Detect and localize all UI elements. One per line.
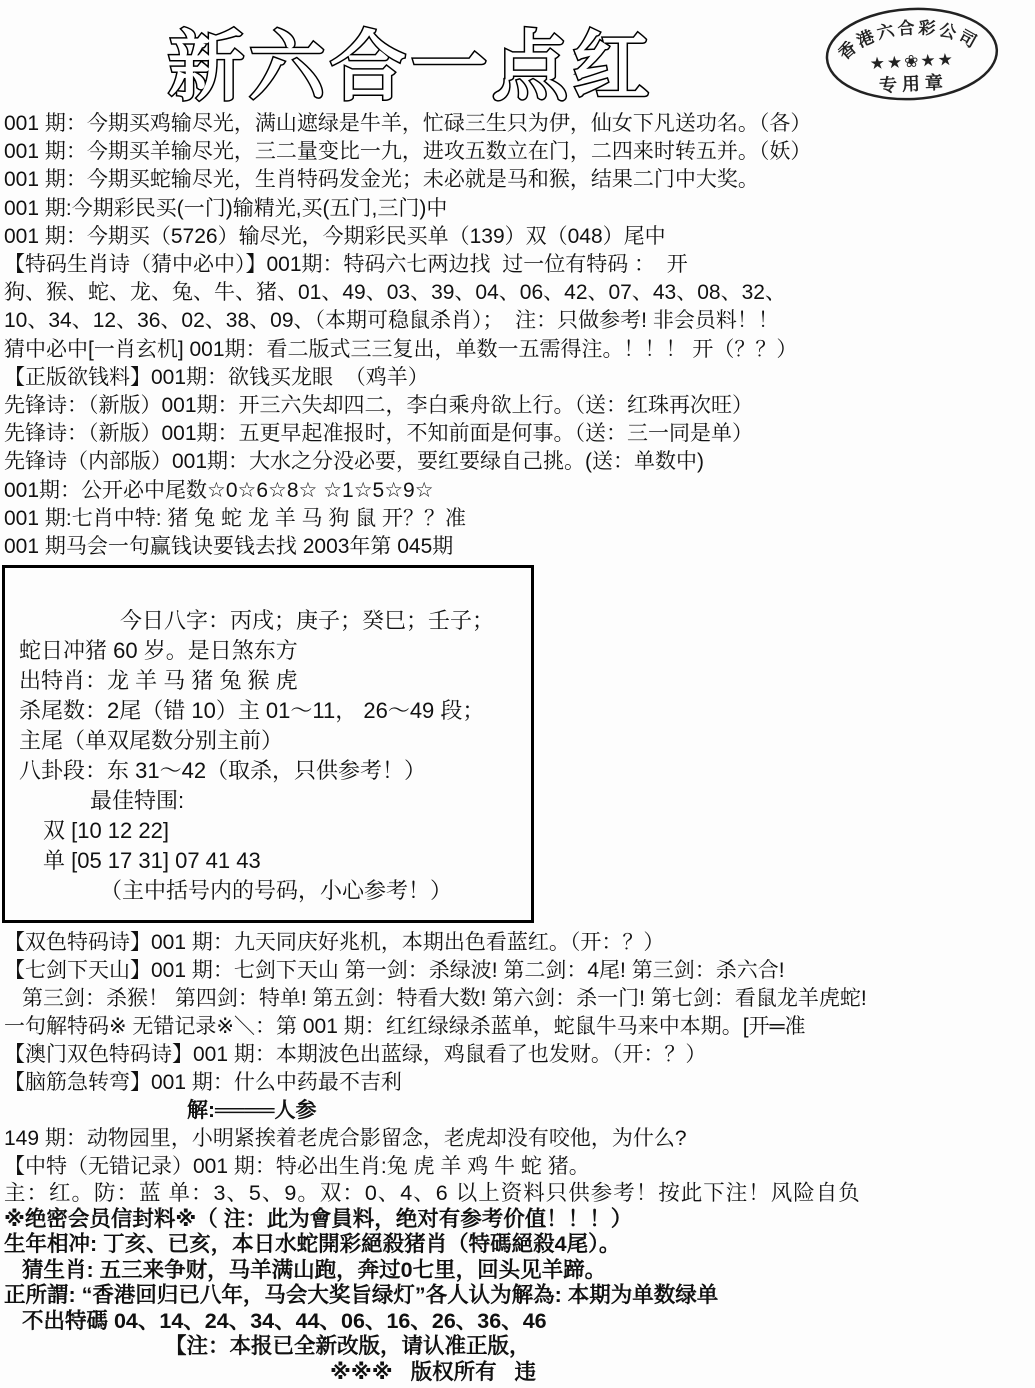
tip-line: 001 期：今期买（5726）输尽光，今期彩民买单（139）双（048）尾中 — [0, 223, 1035, 251]
zodiac-guess-line: 猜生肖: 五三来争财，马羊满山跑，奔过0七里，回头见羊蹄。 — [0, 1258, 1035, 1284]
tip-line: 10、34、12、36、02、38、09、（本期可稳鼠杀肖）； 注：只做参考! … — [0, 307, 1035, 335]
member-note: ※绝密会员信封料※（ 注：此为會員料，绝对有参考价值！！！） — [0, 1207, 1035, 1233]
box-line: 蛇日冲猪 60 岁。是日煞东方 — [5, 636, 531, 666]
box-line: 今日八字：丙戌；庚子；癸巳；壬子； — [5, 606, 531, 636]
bazi-box: 今日八字：丙戌；庚子；癸巳；壬子； 蛇日冲猪 60 岁。是日煞东方 出特肖：龙 … — [2, 565, 534, 923]
edition-note: 【注：本报已全新改版，请认准正版， — [0, 1334, 1035, 1360]
riddle-answer: 解:════人参 — [0, 1097, 1035, 1125]
box-line: 主尾（单双尾数分别主前） — [5, 726, 531, 756]
riddle-line: 149 期：动物园里，小明紧挨着老虎合影留念，老虎却没有咬他，为什么? — [0, 1125, 1035, 1153]
box-line: 双 [10 12 22] — [5, 816, 531, 846]
box-line: 最佳特围: — [5, 786, 531, 816]
poem-line: 第三剑：杀猴！ 第四剑：特单! 第五剑：特看大数! 第六剑：杀一门! 第七剑：看… — [0, 985, 1035, 1013]
poem-line: 【七剑下天山】001 期：七剑下天山 第一剑：杀绿波! 第二剑：4尾! 第三剑：… — [0, 957, 1035, 985]
poem-line: 【澳门双色特码诗】001 期：本期波色出蓝绿，鸡鼠看了也发财。（开：？） — [0, 1041, 1035, 1069]
box-line: 出特肖：龙 羊 马 猪 兔 猴 虎 — [5, 666, 531, 696]
company-stamp: 香港六合彩公司 ★★❀★★ 专用章 — [822, 4, 1002, 108]
stamp-label: 专用章 — [878, 71, 948, 96]
tip-line: 狗、猴、蛇、龙、兔、牛、猪、01、49、03、39、04、06、42、07、43… — [0, 279, 1035, 307]
tip-line: 先锋诗（内部版）001期：大水之分没必要，要红要绿自己挑。(送：单数中) — [0, 448, 1035, 476]
tip-line: 先锋诗：（新版）001期：五更早起准报时，不知前面是何事。（送：三一同是单） — [0, 420, 1035, 448]
page-title: 新六合一点红 — [168, 6, 654, 115]
tip-line: 001 期马会一句赢钱诀要钱去找 2003年第 045期 — [0, 533, 1035, 561]
advice-line: 主：红。防：蓝 单：3、5、9。双：0、4、6 以上资料只供参考！按此下注！风险… — [0, 1181, 1035, 1207]
tip-line: 【正版欲钱料】001期：欲钱买龙眼 （鸡羊） — [0, 364, 1035, 392]
excluded-numbers: 不出特碼 04、14、24、34、44、06、16、26、36、46 — [0, 1309, 1035, 1335]
page-header: 新六合一点红 香港六合彩公司 ★★❀★★ 专用章 — [0, 0, 1035, 110]
poem-line: 【中特（无错记录）001 期：特必出生肖:兔 虎 羊 鸡 牛 蛇 猪。 — [0, 1153, 1035, 1181]
box-line: 八卦段：东 31～42（取杀，只供参考！） — [5, 756, 531, 786]
tip-line: 001 期：今期买羊输尽光，三二量变比一九，进攻五数立在门，二四来时转五并。（妖… — [0, 138, 1035, 166]
riddle-line: 【脑筋急转弯】001 期：什么中药最不吉利 — [0, 1069, 1035, 1097]
tip-line: 001 期:七肖中特: 猪 兔 蛇 龙 羊 马 狗 鼠 开？？准 — [0, 505, 1035, 533]
tips-section: 001 期：今期买鸡输尽光，满山遮绿是牛羊，忙碌三生只为伊，仙女下凡送功名。（各… — [0, 110, 1035, 561]
box-line: （主中括号内的号码，小心参考！） — [5, 876, 531, 906]
stamp-stars: ★★❀★★ — [869, 50, 955, 73]
poem-line: 【双色特码诗】001 期：九天同庆好兆机，本期出色看蓝红。（开：？） — [0, 929, 1035, 957]
tip-line: 001 期：今期买蛇输尽光，生肖特码发金光；未必就是马和猴，结果二门中大奖。 — [0, 166, 1035, 194]
box-line: 杀尾数：2尾（错 10）主 01～11， 26～49 段； — [5, 696, 531, 726]
footer-section: 主：红。防：蓝 单：3、5、9。双：0、4、6 以上资料只供参考！按此下注！风险… — [0, 1181, 1035, 1385]
poem-line: 一句解特码※ 无错记录※＼：第 001 期：红红绿绿杀蓝单，蛇鼠牛马来中本期。[… — [0, 1013, 1035, 1041]
tip-line: 先锋诗：（新版）001期：开三六失却四二，李白乘舟欲上行。（送：红珠再次旺） — [0, 392, 1035, 420]
tip-line: 【特码生肖诗（猜中必中）】001期：特码六七两边找 过一位有特码 ： 开 — [0, 251, 1035, 279]
tip-line: 001期：公开必中尾数☆0☆6☆8☆ ☆1☆5☆9☆ — [0, 477, 1035, 505]
zodiac-clash-line: 生年相冲: 丁亥、已亥，本日水蛇開彩絕殺猪肖（特碼絕殺4尾）。 — [0, 1232, 1035, 1258]
copyright-line: ※※※ 版权所有 违 — [0, 1360, 1035, 1386]
saying-line: 正所謂: “香港回归已八年，马会大奖旨绿灯”各人认为解為: 本期为单数绿单 — [0, 1283, 1035, 1309]
poems-section: 【双色特码诗】001 期：九天同庆好兆机，本期出色看蓝红。（开：？） 【七剑下天… — [0, 929, 1035, 1181]
tip-line: 猜中必中[一肖玄机] 001期：看二版式三三复出，单数一五需得注。！！！ 开（？… — [0, 336, 1035, 364]
tip-line: 001 期:今期彩民买(一门)输精光,买(五门,三门)中 — [0, 195, 1035, 223]
box-line: 单 [05 17 31] 07 41 43 — [5, 846, 531, 876]
